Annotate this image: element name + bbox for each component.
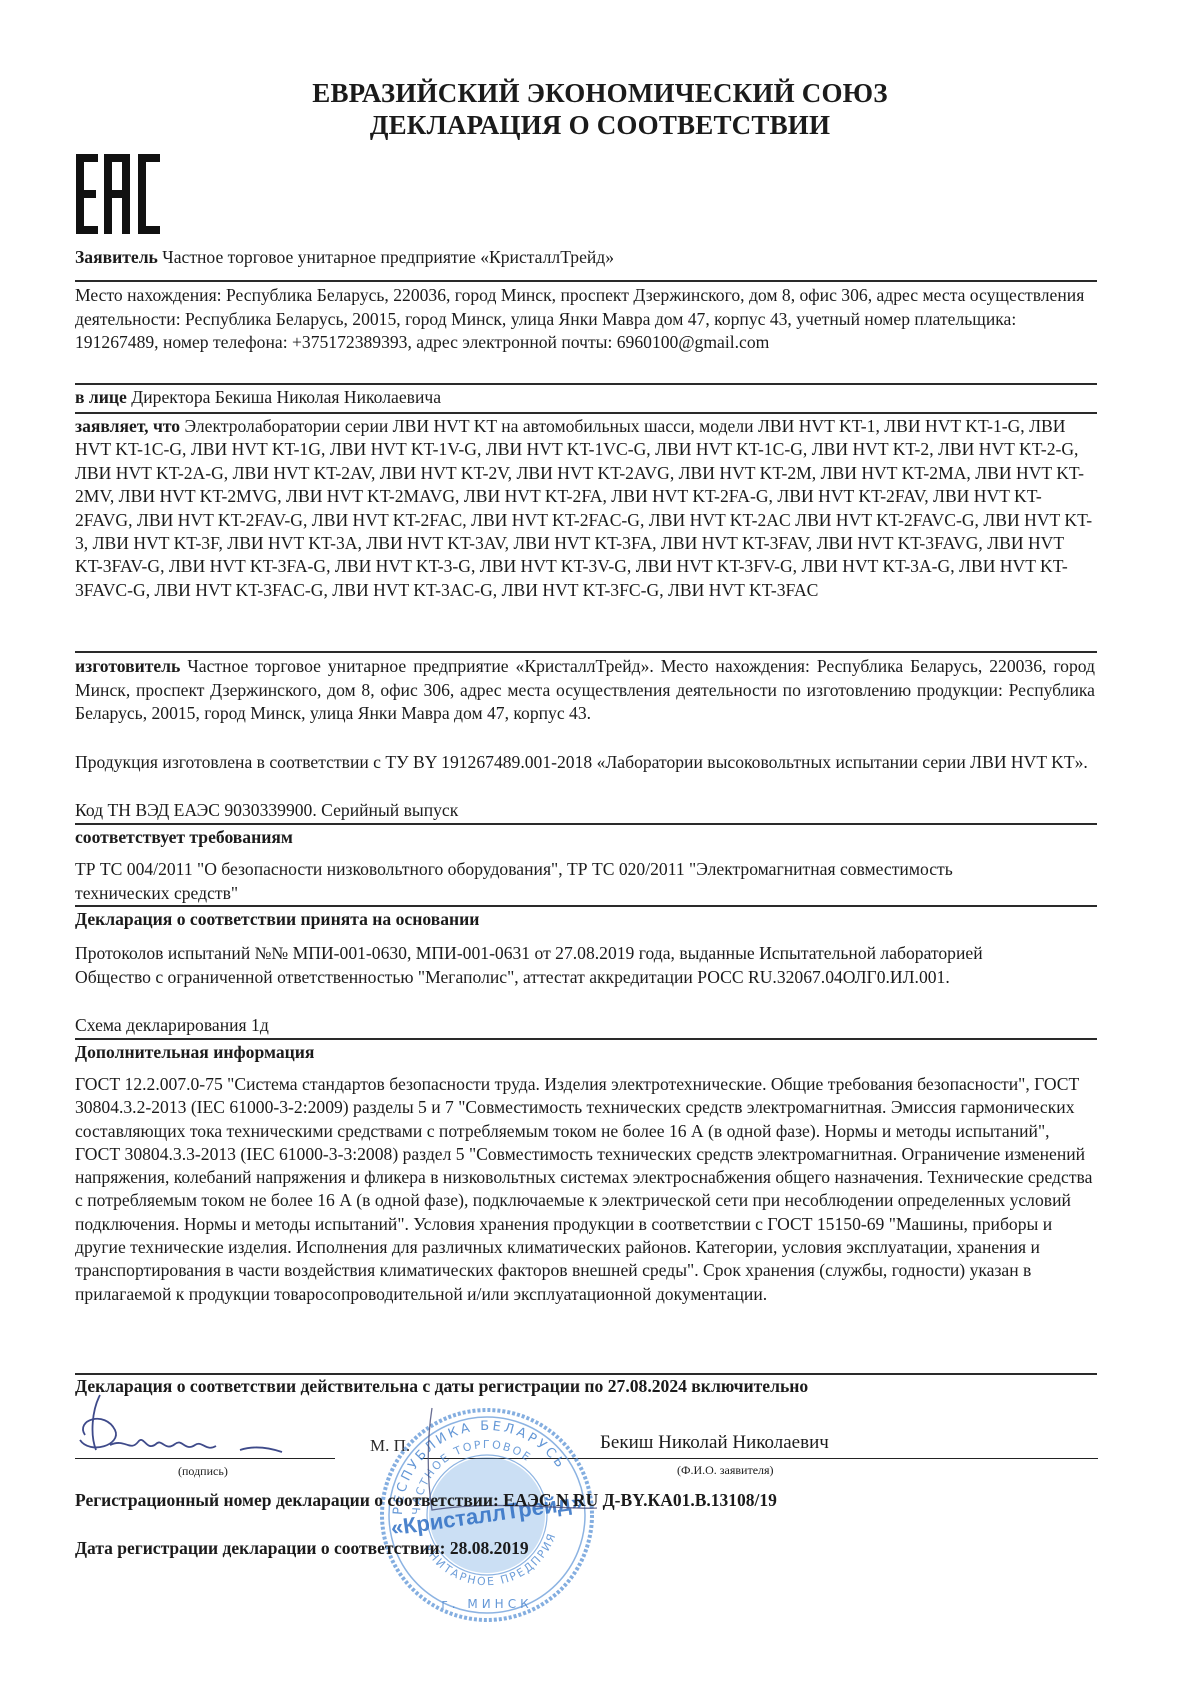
additional-text: ГОСТ 12.2.007.0-75 "Система стандартов б… xyxy=(75,1073,1095,1306)
scheme-text: Схема декларирования 1д xyxy=(75,1014,1095,1038)
signature-line xyxy=(75,1458,335,1459)
code-text: Код ТН ВЭД ЕАЭС 9030339900. Серийный вып… xyxy=(75,799,1095,823)
divider xyxy=(75,280,1097,282)
svg-text:г. МИНСК: г. МИНСК xyxy=(441,1597,532,1611)
requirements-label: соответствует требованиям xyxy=(75,826,1095,850)
divider xyxy=(75,1038,1097,1040)
represented-value: Директора Бекиша Николая Николаевича xyxy=(127,387,441,407)
basis-label: Декларация о соответствии принята на осн… xyxy=(75,908,1095,932)
eac-logo-icon xyxy=(76,154,166,234)
registration-date: Дата регистрации декларации о соответств… xyxy=(75,1538,529,1559)
company-seal-icon: РЕСПУБЛИКА БЕЛАРУСЬ ЧАСТНОЕ ТОРГОВОЕ «Кр… xyxy=(372,1400,602,1630)
applicant-value: Частное торговое унитарное предприятие «… xyxy=(158,247,614,267)
declares-value: Электролаборатории серии ЛВИ HVT KT на а… xyxy=(75,416,1092,600)
applicant-section: Заявитель Частное торговое унитарное пре… xyxy=(75,246,1095,270)
manufacturer-label: изготовитель xyxy=(75,656,180,676)
manufacturer-section: изготовитель Частное торговое унитарное … xyxy=(75,655,1095,726)
divider xyxy=(75,651,1097,653)
declares-section: заявляет, что Электролаборатории серии Л… xyxy=(75,415,1095,602)
divider xyxy=(75,383,1097,385)
applicant-label: Заявитель xyxy=(75,247,158,267)
document-title: ДЕКЛАРАЦИЯ О СООТВЕТСТВИИ xyxy=(0,110,1200,141)
signature-caption: (подпись) xyxy=(178,1464,228,1479)
additional-label: Дополнительная информация xyxy=(75,1041,1095,1065)
union-title: ЕВРАЗИЙСКИЙ ЭКОНОМИЧЕСКИЙ СОЮЗ xyxy=(0,78,1200,109)
divider xyxy=(75,412,1097,414)
applicant-row: Заявитель Частное торговое унитарное пре… xyxy=(75,246,1095,270)
location-text: Место нахождения: Республика Беларусь, 2… xyxy=(75,284,1095,355)
declares-label: заявляет, что xyxy=(75,416,180,436)
basis-text: Протоколов испытаний №№ МПИ-001-0630, МП… xyxy=(75,942,1055,989)
declaration-page: ЕВРАЗИЙСКИЙ ЭКОНОМИЧЕСКИЙ СОЮЗ ДЕКЛАРАЦИ… xyxy=(0,0,1200,1696)
tu-text: Продукция изготовлена в соответствии с Т… xyxy=(75,751,1095,775)
manufacturer-value: Частное торговое унитарное предприятие «… xyxy=(75,656,1095,723)
requirements-text: ТР ТС 004/2011 "О безопасности низковоль… xyxy=(75,858,1035,905)
signer-name: Бекиш Николай Николаевич xyxy=(600,1432,829,1454)
registration-number: Регистрационный номер декларации о соотв… xyxy=(75,1490,777,1511)
location-section: Место нахождения: Республика Беларусь, 2… xyxy=(75,284,1095,355)
represented-section: в лице Директора Бекиша Николая Николаев… xyxy=(75,386,1095,410)
divider xyxy=(75,823,1097,825)
signer-caption: (Ф.И.О. заявителя) xyxy=(677,1463,774,1478)
divider xyxy=(75,905,1097,907)
handwritten-signature xyxy=(70,1390,310,1465)
represented-label: в лице xyxy=(75,387,127,407)
